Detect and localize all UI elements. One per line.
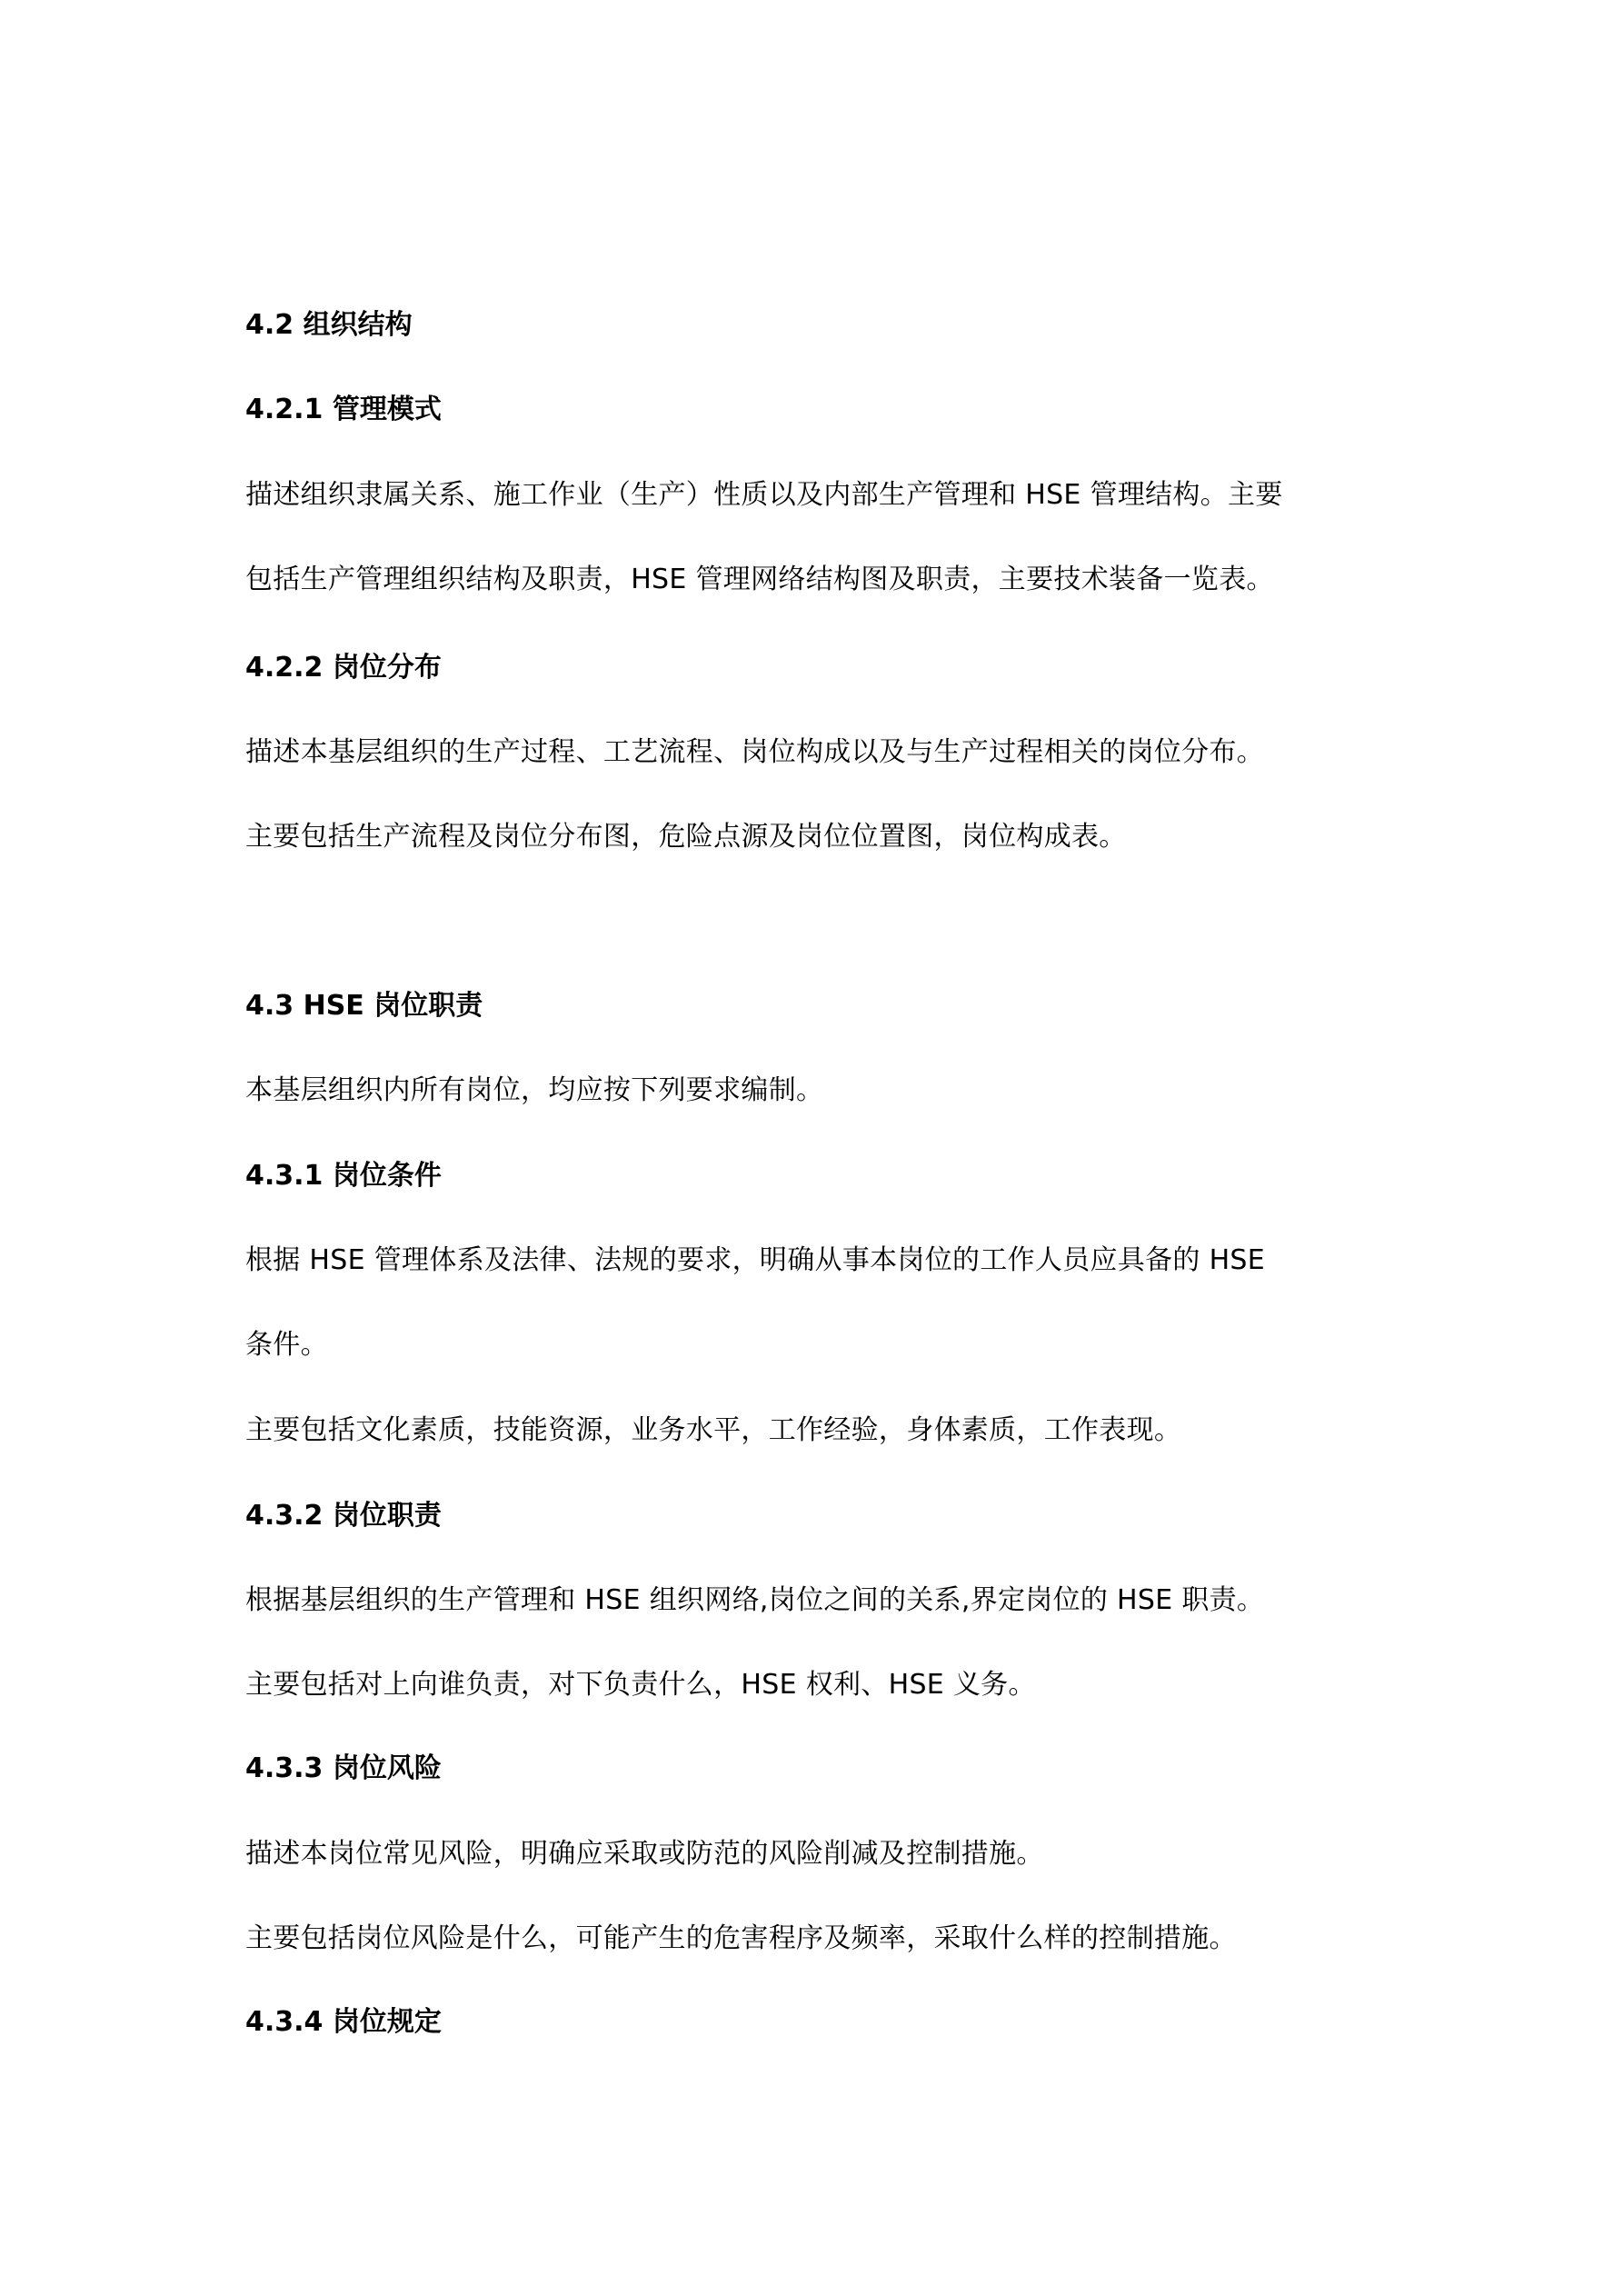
paragraph-line: 根据基层组织的生产管理和 HSE 组织网络,岗位之间的关系,界定岗位的 HSE … [245, 1582, 1264, 1619]
paragraph-line: 描述本基层组织的生产过程、工艺流程、岗位构成以及与生产过程相关的岗位分布。 [245, 734, 1264, 771]
paragraph-line: 描述组织隶属关系、施工作业（生产）性质以及内部生产管理和 HSE 管理结构。主要 [245, 477, 1283, 514]
section-heading-4-3: 4.3 HSE 岗位职责 [245, 988, 483, 1024]
paragraph-line: 本基层组织内所有岗位，均应按下列要求编制。 [245, 1073, 823, 1109]
paragraph-line: 描述本岗位常见风险，明确应采取或防范的风险削减及控制措施。 [245, 1836, 1044, 1872]
section-heading-4-2-1: 4.2.1 管理模式 [245, 392, 442, 428]
paragraph-line: 主要包括对上向谁负责，对下负责什么，HSE 权利、HSE 义务。 [245, 1667, 1036, 1703]
section-heading-4-2-2: 4.2.2 岗位分布 [245, 650, 442, 686]
paragraph-line: 根据 HSE 管理体系及法律、法规的要求，明确从事本岗位的工作人员应具备的 HS… [245, 1243, 1265, 1279]
document-page: 4.2 组织结构 4.2.1 管理模式 描述组织隶属关系、施工作业（生产）性质以… [0, 0, 1623, 2296]
section-heading-4-3-2: 4.3.2 岗位职责 [245, 1498, 442, 1534]
section-heading-4-3-1: 4.3.1 岗位条件 [245, 1158, 442, 1194]
section-heading-4-2: 4.2 组织结构 [245, 307, 413, 344]
paragraph-line: 条件。 [245, 1327, 328, 1363]
paragraph-line: 主要包括文化素质，技能资源，业务水平，工作经验，身体素质，工作表现。 [245, 1413, 1181, 1449]
paragraph-line: 包括生产管理组织结构及职责，HSE 管理网络结构图及职责，主要技术装备一览表。 [245, 562, 1274, 598]
paragraph-line: 主要包括生产流程及岗位分布图，危险点源及岗位位置图，岗位构成表。 [245, 819, 1127, 855]
section-heading-4-3-4: 4.3.4 岗位规定 [245, 2004, 442, 2041]
paragraph-line: 主要包括岗位风险是什么，可能产生的危害程序及频率，采取什么样的控制措施。 [245, 1921, 1237, 1957]
section-heading-4-3-3: 4.3.3 岗位风险 [245, 1751, 442, 1787]
